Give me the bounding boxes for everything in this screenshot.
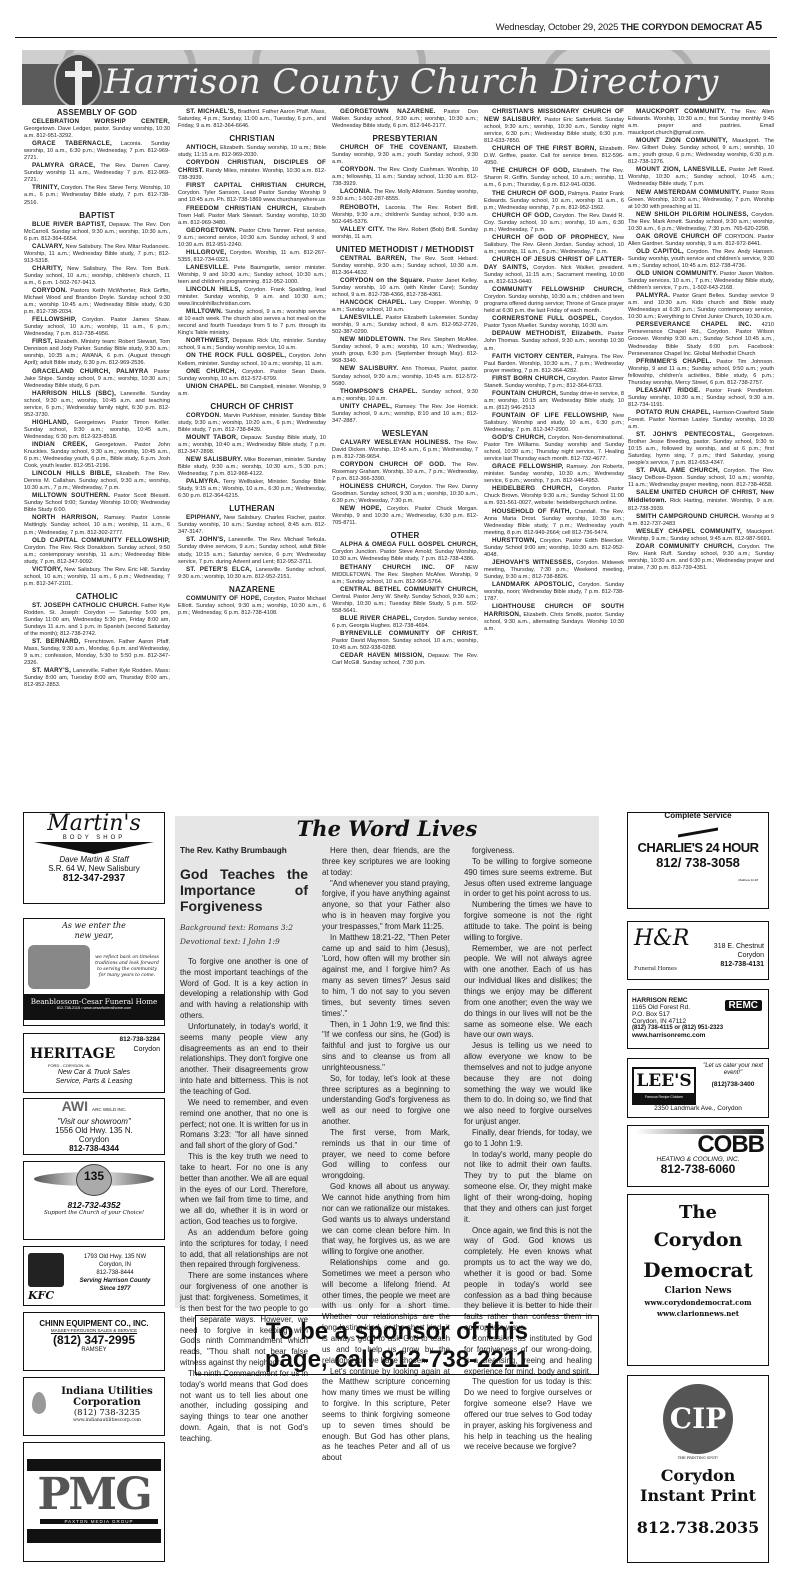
church-name: CENTRAL BETHEL COMMUNITY CHURCH,: [340, 586, 478, 593]
church-listing: CORYDON. Pastors Keith McWhorter, Rick G…: [24, 287, 170, 316]
heritage-sub: FORD - CORYDON, IN: [48, 1063, 89, 1068]
martins-logo: Martin's: [24, 813, 164, 835]
church-name: CHURCH OF THE FIRST BORN,: [492, 145, 597, 152]
chinn-phone: (812) 347-2995: [24, 1333, 164, 1347]
kfc-line-2: Since 1977: [68, 1285, 162, 1293]
church-listing: ST. MARY'S, Lanesville. Father Kyle Rodd…: [24, 667, 170, 689]
ad-kfc[interactable]: KFC 1793 Old Hwy. 135 NW Corydon, IN 812…: [23, 1246, 165, 1306]
church-listing: COMMUNITY FELLOWSHIP CHURCH, Corydon. Su…: [484, 286, 624, 315]
church-listing: CORYDON. The Rev. Cindy Cushman. Worship…: [332, 166, 478, 188]
auto135-phone: 812-732-4352: [24, 1200, 164, 1210]
colonel-portrait-icon: [28, 1253, 64, 1287]
church-listing: ON THE ROCK FULL GOSPEL, Corydon. John K…: [178, 352, 326, 367]
church-name: ST. PAUL AME CHURCH,: [636, 467, 720, 474]
funeral-headline-1: As we enter the: [24, 921, 164, 931]
clarion-url[interactable]: www.clarionnews.net: [628, 1308, 768, 1319]
church-name: NEW HOPE,: [340, 505, 382, 512]
awi-city: Corydon: [24, 1135, 164, 1144]
church-name: BETHANY CHURCH INC. OF: [340, 564, 455, 571]
cobb-logo: COBB: [628, 1134, 768, 1156]
denomination-heading: CHURCH OF CHRIST: [178, 402, 326, 411]
remc-address-3: Corydon, IN 47112: [632, 1018, 764, 1025]
church-details: Corydon. The Rev. Rick Donaldson. Sunday…: [24, 545, 170, 565]
church-listing: ST. JOHN'S PENTECOSTAL, Georgetown. Brot…: [628, 431, 774, 467]
church-name: GRACE TABERNACLE,: [32, 140, 112, 147]
church-name: HURSTTOWN,: [492, 537, 537, 544]
church-listing: INDIAN CREEK, Georgetown. Pastor John Kn…: [24, 441, 170, 470]
church-name: PFRIMMER'S CHAPEL.: [636, 358, 712, 365]
church-listing: LANESVILLE. Pete Baumgartle, senior mini…: [178, 264, 326, 286]
church-listing: CORNERSTONE FULL GOSPEL, Corydon. Pastor…: [484, 315, 624, 330]
church-listing: FIRST CAPITAL CHRISTIAN CHURCH, Corydon.…: [178, 182, 326, 204]
church-name: UNION CHAPEL.: [186, 383, 239, 390]
church-listing: SMITH CAMPGROUND CHURCH. Worship at 9 a.…: [628, 513, 774, 528]
church-name: LANESVILLE.: [186, 264, 229, 271]
church-listing: CELEBRATION WORSHIP CENTER, Georgetown. …: [24, 118, 170, 140]
church-name: HOLINESS CHURCH,: [340, 483, 407, 490]
church-details: Central. Pastor Jerry W. Shelly. Sunday …: [332, 594, 478, 614]
denomination-heading: WESLEYAN: [332, 429, 478, 438]
church-listing: HILLGROVE, Corydon. Worship, 11 a.m. 812…: [178, 249, 326, 264]
church-name: ON THE ROCK FULL GOSPEL,: [186, 352, 286, 359]
church-name: FAITH VICTORY CENTER,: [492, 353, 574, 360]
church-listing: OLD UNION COMMUNITY. Pastor Jason Walton…: [628, 270, 774, 292]
sponsor-line-1: To be a sponsor of this: [196, 1318, 598, 1346]
ad-martins-body-shop[interactable]: Martin's BODY SHOP Dave Martin & Staff S…: [23, 812, 165, 904]
ad-cobb-heating[interactable]: COBB HEATING & COOLING, INC. 812-738-606…: [627, 1125, 769, 1187]
church-details: Pastor David Maymon. Sunday school, 10 a…: [332, 638, 478, 651]
church-name: FIRST CAPITAL CHRISTIAN CHURCH,: [186, 182, 326, 189]
heritage-city: Corydon: [134, 1046, 160, 1053]
church-name: PERSEVERANCE CHAPEL INC.: [636, 321, 752, 328]
church-name: EPIPHANY,: [186, 514, 221, 521]
church-listing: FELLOWSHIP, Corydon. Pastor James Shaw. …: [24, 316, 170, 338]
church-name: CHURCH OF GOD OF PROPHECY,: [492, 234, 609, 241]
church-name: MILLTOWN.: [186, 308, 223, 315]
church-name: BYRNEVILLE COMMUNITY OF CHRIST.: [340, 630, 478, 637]
devotional-paragraph: Finally, dear friends, for today, we go …: [464, 1128, 592, 1150]
church-listing: HOLINESS CHURCH, Corydon. The Rev. Danny…: [332, 483, 478, 505]
church-listing: JEHOVAH'S WITNESSES, Corydon. Midweek me…: [484, 559, 624, 581]
democrat-url[interactable]: www.corydondemocrat.com: [628, 1297, 768, 1308]
church-name: THE CHURCH OF GOD,: [492, 190, 566, 197]
cip-line-1: Corydon: [628, 1466, 768, 1486]
ad-lees-chicken[interactable]: LEE'S Famous Recipe Chicken "Let us cate…: [627, 1058, 769, 1118]
church-name: FREEDOM CHRISTIAN CHURCH,: [186, 205, 297, 212]
church-name: MOUNT TABOR,: [186, 434, 238, 441]
church-name: VICTORY,: [32, 566, 62, 573]
pmg-logo: PMG: [27, 1471, 161, 1519]
church-listing: LINCOLN HILLS BIBLE, Elizabeth. The Rev.…: [24, 470, 170, 492]
chinn-name: CHINN EQUIPMENT CO., INC.: [24, 1319, 164, 1328]
devotional-paragraph: The first verse, from Mark, reminds us t…: [322, 1128, 450, 1182]
heritage-phone: 812-738-3284: [120, 1036, 160, 1043]
church-name: LANESVILLE.: [340, 314, 383, 321]
church-name: CORYDON.: [340, 166, 375, 173]
hr-logo: H&R: [634, 926, 689, 951]
church-listing: HOUSEHOLD OF FAITH, Crandall. The Rev. A…: [484, 508, 624, 537]
ad-corydon-instant-print[interactable]: CIP THE PRINTING SPOT! Corydon Instant P…: [627, 1375, 769, 1563]
lees-phone: (812)738-3400: [700, 1081, 766, 1088]
church-name: SMITH CAMPGROUND CHURCH.: [636, 513, 740, 520]
church-listing: CHURCH OF JESUS CHRIST OF LATTER-DAY SAI…: [484, 256, 624, 286]
church-directory: ASSEMBLY OF GODCELEBRATION WORSHIP CENTE…: [24, 108, 774, 810]
church-listing: NORTHWEST, Depauw. Rick Utz, minister. S…: [178, 337, 326, 352]
church-listing: CALVARY WESLEYAN HOLINESS. The Rev. Davi…: [332, 439, 478, 461]
church-listing: OLD CAPITAL COMMUNITY FELLOWSHIP, Corydo…: [24, 537, 170, 566]
church-name: HIGHLAND,: [32, 419, 69, 426]
chevron-icon: [34, 842, 154, 854]
church-listing: WESLEY CHAPEL COMMUNITY, Mauckport. Wors…: [628, 528, 774, 543]
devotional-paragraph: This is the key truth we need to take to…: [180, 1152, 308, 1228]
church-name: UNITY CHAPEL,: [340, 403, 392, 410]
church-name: NEW SALISBURY.: [340, 365, 398, 372]
church-listing: PERSEVERANCE CHAPEL INC. 4210 Perseveran…: [628, 321, 774, 357]
church-listing: ST. PETER'S ELCA, Lanesville. Sunday sch…: [178, 566, 326, 581]
church-listing: REHOBOTH, Laconia. The Rev. Robert Brill…: [332, 204, 478, 226]
church-name: GRACE FELLOWSHIP,: [492, 463, 563, 470]
carriage-image: [28, 945, 90, 989]
remc-address-2: P.O. Box 517: [632, 1011, 764, 1018]
church-name: CHARITY,: [32, 265, 63, 272]
church-name: BLUE RIVER BAPTIST,: [32, 221, 106, 228]
church-name: NEW SALISBURY.: [186, 456, 243, 463]
church-listing: DEPAUW METHODIST, Elizabeth. Pastor John…: [484, 330, 624, 352]
header-rule: [15, 37, 777, 38]
church-listing: NEW SALISBURY. Mike Bozeman, minister. S…: [178, 456, 326, 478]
church-name: HOUSEHOLD OF FAITH,: [492, 508, 571, 515]
church-listing: VICTORY, New Salisbury. The Rev. Eric Hi…: [24, 566, 170, 588]
church-name: HANCOCK CHAPEL.: [340, 299, 407, 306]
church-listing: ST. BERNARD, Frenchtown. Father Aaron Pf…: [24, 638, 170, 667]
awi-quote: "Visit our showroom": [24, 1117, 164, 1126]
heritage-line-1: New Car & Truck Sales: [24, 1069, 164, 1076]
kfc-logo: KFC: [28, 1289, 54, 1302]
church-name: ALPHA & OMEGA FULL GOSPEL CHURCH,: [340, 541, 478, 548]
denomination-heading: CATHOLIC: [24, 592, 170, 601]
remc-phone: (812) 738-4115 or (812) 951-2323: [632, 1025, 764, 1032]
church-listing: CORYDON CHRISTIAN, DISCIPLES OF CHRIST. …: [178, 159, 326, 182]
lees-logo-sub: Famous Recipe Chicken: [632, 1095, 696, 1099]
church-name: COMMUNITY OF HOPE,: [186, 595, 261, 602]
author-byline: The Rev. Kathy Brumbaugh: [180, 846, 308, 857]
denomination-heading: LUTHERAN: [178, 504, 326, 513]
church-listing: FREEDOM CHRISTIAN CHURCH, Elizabeth Town…: [178, 205, 326, 227]
awi-logo: AWI ARC WELD INC.: [24, 1099, 164, 1117]
church-listing: HEIDELBERG CHURCH, Corydon. Pastor Chuck…: [484, 485, 624, 507]
church-listing: THOMPSON'S CHAPEL. Sunday school, 9:30 a…: [332, 388, 478, 403]
ad-awi-arc-weld[interactable]: AWI ARC WELD INC. "Visit our showroom" 1…: [23, 1098, 165, 1155]
church-name: PLEASANT RIDGE.: [636, 387, 700, 394]
church-listing: CENTRAL BARREN, The Rev. Scott Hebard. S…: [332, 255, 478, 277]
church-name: TRINITY,: [32, 184, 59, 191]
church-name: ST. MARY'S,: [32, 667, 71, 674]
church-listing: PFRIMMER'S CHAPEL. Pastor Tim Johnson. W…: [628, 358, 774, 387]
hr-address: 318 E. Chestnut: [714, 942, 764, 951]
church-details: Georgetown. Dave Ledger, pastor. Sunday …: [24, 126, 170, 139]
church-name: INDIAN CREEK,: [32, 441, 88, 448]
church-listing: ST. JOHN'S, Lanesville. The Rev. Michael…: [178, 536, 326, 565]
church-name: CENTRAL BARREN,: [340, 255, 406, 262]
auto135-logo: 135: [76, 1164, 112, 1196]
church-listing: GRACE FELLOWSHIP, Ramsey. Jon Roberts, m…: [484, 463, 624, 485]
pmg-sub: PAXTON MEDIA GROUP: [40, 1519, 158, 1524]
church-name: VALLEY CITY.: [340, 226, 384, 233]
church-listing: SALEM UNITED CHURCH OF CHRIST, New Middl…: [628, 489, 774, 512]
church-listing: MOUNT TABOR, Depauw. Sunday Bible study,…: [178, 434, 326, 456]
church-name: COMMUNITY FELLOWSHIP CHURCH,: [492, 286, 624, 293]
church-listing: LIGHTHOUSE CHURCH OF SOUTH HARRISON, Eli…: [484, 603, 624, 633]
church-listing: ALPHA & OMEGA FULL GOSPEL CHURCH, Corydo…: [332, 541, 478, 563]
church-name: LANDMARK APOSTOLIC,: [492, 581, 574, 588]
church-listing: FOUNTAIN OF LIFE FELLOWSHIP, New Salisbu…: [484, 412, 624, 434]
banner-title: Harrison County Church Directory: [104, 62, 719, 102]
page-folio: Wednesday, October 29, 2025 THE CORYDON …: [496, 18, 762, 33]
church-listing: CHURCH OF THE COVENANT, Elizabeth. Sunda…: [332, 144, 478, 166]
church-listing: NEW SALISBURY. Ann Thomas, Pastor, pasto…: [332, 365, 478, 387]
church-name: NEW MIDDLETOWN.: [340, 336, 406, 343]
ad-135-auto-parts[interactable]: 135 812-732-4352 Support the Church of y…: [23, 1161, 165, 1240]
church-name: ST. JOHN'S PENTECOSTAL,: [636, 431, 735, 438]
church-name: REHOBOTH,: [340, 204, 380, 211]
lees-quote: "Let us cater your next event!": [700, 1063, 766, 1077]
church-listing: LANESVILLE. Pastor Elizabeth Lukemeier. …: [332, 314, 478, 336]
church-name: CORNERSTONE FULL GOSPEL,: [492, 315, 598, 322]
church-name: ONE CHURCH,: [186, 368, 237, 375]
sponsor-callout: To be a sponsor of this page, call 812-7…: [195, 1315, 599, 1375]
church-listing: NEW HOPE, Corydon. Pastor Chuck Morgan. …: [332, 505, 478, 527]
church-listing: OLD CAPITOL, Corydon. The Rev. Andy Hans…: [628, 248, 774, 270]
church-listing: HURSTTOWN, Corydon. Pastor Edith Bleecke…: [484, 537, 624, 559]
church-name: CORYDON.: [32, 287, 67, 294]
church-listing: MOUNT ZION, LANESVILLE. Pastor Jeff Reed…: [628, 166, 774, 188]
funeral-body: we reflect back on timeless traditions a…: [90, 955, 160, 979]
church-name: ST. JOSEPH CATHOLIC CHURCH.: [32, 602, 139, 609]
ad-hr-funeral-homes[interactable]: H&R Funeral Homes 318 E. Chestnut Corydo…: [627, 921, 769, 980]
church-name: CELEBRATION WORSHIP CENTER,: [32, 118, 170, 125]
devotional-paragraph: To be willing to forgive someone 490 tim…: [464, 857, 592, 900]
church-name: NORTHWEST,: [186, 337, 230, 344]
church-listing: THE CHURCH OF GOD, Elizabeth. The Rev. S…: [484, 167, 624, 189]
church-name: FELLOWSHIP,: [32, 316, 76, 323]
ad-indiana-utilities[interactable]: Indiana Utilities Corporation (812) 738-…: [23, 1377, 165, 1436]
church-listing: MILLTOWN. Sunday school, 9 a.m.; worship…: [178, 308, 326, 337]
church-listing: CEDAR HAVEN MISSION, Depauw. The Rev. Ca…: [332, 652, 478, 667]
church-listing: OAK GROVE CHURCH OF CORYDON. Pastor Alle…: [628, 233, 774, 248]
church-listing: PALMYRA GRACE, The Rev. Darren Carey. Su…: [24, 162, 170, 184]
church-listing: HARRISON HILLS (SBC), Lanesville. Sunday…: [24, 390, 170, 419]
church-name: CALVARY WESLEYAN HOLINESS.: [340, 439, 451, 446]
denomination-heading: PRESBYTERIAN: [332, 134, 478, 143]
church-name: OAK GROVE CHURCH OF: [636, 233, 722, 240]
church-name: MAUCKPORT COMMUNITY.: [636, 108, 726, 115]
cip-line-2: Instant Print: [628, 1486, 768, 1506]
devotional-paragraph: "And whenever you stand praying, forgive…: [322, 879, 450, 933]
denomination-heading: OTHER: [332, 531, 478, 540]
martins-sub: BODY SHOP: [24, 835, 164, 841]
church-details: Corydon. Tyler Sansom, Lead Pastor Sunda…: [178, 190, 326, 203]
church-name: CORYDON.: [186, 412, 221, 419]
devotional-paragraph: We need to remember, and even remind one…: [180, 1098, 308, 1152]
church-listing: GEORGETOWN. Pastor Chris Tanner. First s…: [178, 227, 326, 249]
church-name: THE CHURCH OF GOD,: [492, 167, 570, 174]
church-listing: UNITY CHAPEL, Ramsey. The Rev. Joe Horni…: [332, 403, 478, 425]
church-listing: BYRNEVILLE COMMUNITY OF CHRIST. Pastor D…: [332, 630, 478, 652]
devotional-paragraph: Here then, dear friends, are the three k…: [322, 846, 450, 879]
church-name: CALVARY,: [32, 243, 64, 250]
sponsor-line-2: page, call 812-738-2211: [196, 1346, 598, 1374]
church-name: CORYDON CHURCH OF GOD.: [340, 461, 446, 468]
kfc-address: 1793 Old Hwy. 135 NW: [68, 1253, 162, 1261]
ad-corydon-democrat[interactable]: The Corydon Democrat Clarion News www.co…: [627, 1194, 769, 1366]
ad-charlies-24-hour[interactable]: Complete Service CHARLIE'S 24 HOUR 812/ …: [627, 812, 769, 909]
church-name: GEORGETOWN NAZARENE.: [340, 108, 436, 115]
hr-city: Corydon: [714, 951, 764, 960]
devotional-paragraph: To forgive one another is one of the mos…: [180, 957, 308, 1022]
cross-seal-icon: [54, 53, 102, 105]
church-listing: LINCOLN HILLS, Corydon. Frank Spalding, …: [178, 286, 326, 308]
church-name: THOMPSON'S CHAPEL.: [340, 388, 418, 395]
church-listing: CHRISTIAN'S MISSIONARY CHURCH OF NEW SAL…: [484, 108, 624, 145]
indiana-url: www.indianautilitiescorp.com: [52, 1418, 162, 1423]
church-name: CEDAR HAVEN MISSION,: [340, 652, 424, 659]
church-name: PALMYRA GRACE,: [32, 162, 95, 169]
church-listing: TRINITY, Corydon. The Rev. Steve Terry. …: [24, 184, 170, 206]
funeral-footer: 812-738-2115 • www.cesarfuneralhome.com: [24, 1006, 164, 1010]
charlies-phone: 812/ 738-3058: [628, 855, 768, 870]
church-name: CORYDON on the Square.: [340, 277, 424, 284]
ad-funeral-home[interactable]: As we enter the new year, we reflect bac…: [23, 918, 165, 1026]
church-name: GRACELAND CHURCH, PALMYRA: [32, 368, 148, 375]
devotional-text-ref: Devotional text: I John 1:9: [180, 935, 308, 949]
devotional-paragraph: The question for us today is this: Do we…: [464, 1377, 592, 1453]
church-details: Corydon Junction. Pastor Steve Arnold; S…: [332, 549, 478, 562]
church-listing: GOD'S CHURCH, Corydon. Non-denominationa…: [484, 434, 624, 463]
church-listing: GRACELAND CHURCH, PALMYRA Pastor Jake Sh…: [24, 368, 170, 390]
hr-phone: 812-738-4131: [714, 960, 764, 969]
auto135-tagline: Support the Church of your Choice!: [24, 1210, 164, 1216]
charlies-top: Complete Service: [628, 812, 768, 820]
awi-phone: 812-738-4344: [24, 1144, 164, 1153]
church-listing: BLUE RIVER BAPTIST, Depauw. The Rev. Don…: [24, 221, 170, 243]
ad-heritage-ford[interactable]: 812-738-3284 Corydon HERITAGE FORD - COR…: [23, 1033, 165, 1093]
devotional-paragraph: In today's world, many people do not lik…: [464, 1150, 592, 1226]
directory-column-3: GEORGETOWN NAZARENE. Pastor Don Walker. …: [332, 108, 478, 667]
church-name: FIRST,: [32, 338, 52, 345]
newspaper-name: THE CORYDON DEMOCRAT: [621, 22, 744, 33]
tow-truck-icon: [678, 817, 718, 837]
directory-column-1: ASSEMBLY OF GODCELEBRATION WORSHIP CENTE…: [24, 108, 170, 689]
devotional-paragraph: As an addendum before going into the scr…: [180, 1228, 308, 1271]
church-listing: FAITH VICTORY CENTER, Palmyra. The Rev. …: [484, 353, 624, 375]
issue-date: Wednesday, October 29, 2025: [496, 22, 619, 33]
martins-phone: 812-347-2937: [24, 873, 164, 884]
remc-badge: REMC: [725, 1000, 762, 1011]
church-name: LINCOLN HILLS,: [186, 286, 241, 293]
church-listing: MAUCKPORT COMMUNITY. The Rev. Allen Edwa…: [628, 108, 774, 137]
denomination-heading: UNITED METHODIST / METHODIST: [332, 245, 478, 254]
church-name: POTATO RUN CHAPEL,: [636, 409, 711, 416]
flame-icon: [32, 1392, 46, 1414]
church-listing: ANTIOCH, Elizabeth. Sunday worship, 10 a…: [178, 144, 326, 159]
church-name: JEHOVAH'S WITNESSES,: [492, 559, 574, 566]
church-listing: PALMYRA. Pastor Grant Belles. Sunday ser…: [628, 292, 774, 321]
church-listing: GRACE TABERNACLE, Laconia. Sunday worshi…: [24, 140, 170, 162]
indiana-name-2: Corporation: [52, 1397, 162, 1408]
church-listing: HANCOCK CHAPEL. Lary Cropper. Worship, 9…: [332, 299, 478, 314]
church-listing: NEW MIDDLETOWN. The Rev. Stephen McAfee.…: [332, 336, 478, 365]
devotional-paragraph: God knows all about us anyway. We cannot…: [322, 1182, 450, 1258]
church-name: ST. PETER'S ELCA,: [186, 566, 252, 573]
church-listing: COMMUNITY OF HOPE, Corydon, Pastor Micha…: [178, 595, 326, 617]
devotional-paragraph: forgiveness.: [464, 846, 592, 857]
denomination-heading: CHRISTIAN: [178, 134, 326, 143]
church-listing: NEW AMSTERDAM COMMUNITY. Pastor Ross Gre…: [628, 189, 774, 211]
ad-chinn-equipment[interactable]: CHINN EQUIPMENT CO., INC. MASSEY-FERGUSO…: [23, 1312, 165, 1371]
church-name: CHURCH OF GOD,: [492, 212, 551, 219]
church-listing: VALLEY CITY. The Rev. Robert (Bob) Brill…: [332, 226, 478, 241]
church-listing: PALMYRA. Terry Wellbaker, Minister. Sund…: [178, 478, 326, 500]
devotional-paragraph: Remember, we are not perfect people. We …: [464, 944, 592, 1042]
church-name: PALMYRA.: [636, 292, 670, 299]
church-name: NEW SHILOH PILGRIM HOLINESS,: [636, 211, 749, 218]
heritage-line-2: Service, Parts & Leasing: [24, 1078, 164, 1085]
ad-harrison-remc[interactable]: REMC HARRISON REMC 1165 Old Forest Rd. P…: [627, 989, 769, 1049]
devotional-paragraph: The ninth Commandment for us in today's …: [180, 1369, 308, 1445]
church-name: HILLGROVE,: [186, 249, 226, 256]
church-listing: HIGHLAND, Georgetown. Pastor Timon Kelle…: [24, 419, 170, 441]
church-listing: FIRST, Elizabeth. Ministry team: Robert …: [24, 338, 170, 367]
church-listing: LANDMARK APOSTOLIC, Corydon. Sunday wors…: [484, 581, 624, 603]
church-name: OLD CAPITOL,: [636, 248, 684, 255]
church-name: ZOAR COMMUNITY CHURCH,: [636, 543, 734, 550]
cip-logo: CIP: [663, 1384, 733, 1454]
remc-url: www.harrisonremc.com: [632, 1032, 764, 1039]
cobb-phone: 812-738-6060: [628, 1163, 768, 1176]
devotional-paragraph: Unfortunately, in today's world, it seem…: [180, 1022, 308, 1098]
headline: God Teaches the Importance of Forgivenes…: [180, 866, 308, 914]
funeral-headline-2: new year,: [24, 931, 164, 940]
awi-address: 1556 Old Hwy. 135 N.: [24, 1126, 164, 1135]
church-name: ST. MICHAEL'S,: [186, 108, 236, 115]
church-name: GOD'S CHURCH,: [492, 434, 546, 441]
church-listing: CHURCH OF THE FIRST BORN, Elizabeth. D.W…: [484, 145, 624, 167]
background-text: Background text: Romans 3:2: [180, 921, 308, 935]
church-listing: MOUNT ZION COMMUNITY, Mauckport. The Rev…: [628, 137, 774, 166]
church-listing: GEORGETOWN NAZARENE. Pastor Don Walker. …: [332, 108, 478, 130]
ad-paxton-media-group[interactable]: PMG PAXTON MEDIA GROUP: [23, 1442, 165, 1562]
church-listing: FIRST BORN CHURCH, Corydon. Pastor Elmer…: [484, 375, 624, 390]
church-name: HARRISON HILLS (SBC),: [32, 390, 116, 397]
charlies-name: CHARLIE'S 24 HOUR: [628, 840, 768, 855]
church-listing: THE CHURCH OF GOD, Palmyra. Pastor Frank…: [484, 190, 624, 212]
church-listing: CALVARY, New Salisbury. The Rev. Mitar R…: [24, 243, 170, 265]
devotional-paragraph: So, for today, let's look at these three…: [322, 1074, 450, 1128]
church-name: OLD CAPITAL COMMUNITY FELLOWSHIP,: [32, 537, 170, 544]
church-listing: CHARITY, New Salisbury. The Rev. Tom Bur…: [24, 265, 170, 287]
kfc-city: Corydon, IN: [68, 1261, 162, 1269]
devotional-section: The Word Lives The Rev. Kathy Brumbaugh …: [175, 816, 599, 1308]
clarion-news: Clarion News: [628, 1285, 768, 1297]
church-listing: BETHANY CHURCH INC. OF NEW MIDDLETOWN. T…: [332, 564, 478, 586]
section-title: The Word Lives: [175, 816, 599, 841]
church-name: PALMYRA.: [186, 478, 220, 485]
church-name: GEORGETOWN.: [186, 227, 237, 234]
church-name: ST. JOHN'S,: [186, 536, 225, 543]
church-listing: MILLTOWN SOUTHERN. Pastor Scott Blessitt…: [24, 492, 170, 514]
church-name: MILLTOWN SOUTHERN.: [32, 492, 110, 499]
denomination-heading: BAPTIST: [24, 211, 170, 220]
